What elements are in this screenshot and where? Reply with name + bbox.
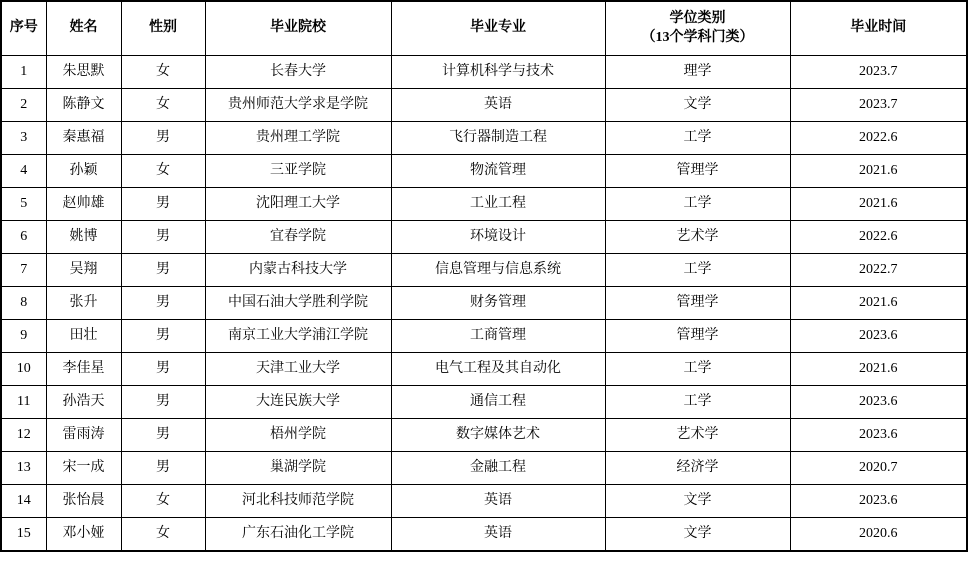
table-cell: 2023.7: [790, 89, 967, 122]
table-cell: 3: [1, 122, 46, 155]
table-cell: 女: [121, 89, 205, 122]
table-cell: 英语: [391, 89, 605, 122]
table-cell: 11: [1, 386, 46, 419]
table-cell: 大连民族大学: [205, 386, 391, 419]
table-cell: 2023.6: [790, 485, 967, 518]
table-cell: 2023.7: [790, 56, 967, 89]
table-cell: 工学: [605, 122, 790, 155]
table-cell: 姚博: [46, 221, 121, 254]
table-cell: 财务管理: [391, 287, 605, 320]
table-cell: 秦惠福: [46, 122, 121, 155]
table-cell: 2021.6: [790, 188, 967, 221]
table-cell: 2023.6: [790, 386, 967, 419]
table-cell: 孙颖: [46, 155, 121, 188]
table-row: 1朱思默女长春大学计算机科学与技术理学2023.7: [1, 56, 967, 89]
table-cell: 文学: [605, 89, 790, 122]
table-cell: 12: [1, 419, 46, 452]
table-cell: 吴翔: [46, 254, 121, 287]
table-row: 4孙颖女三亚学院物流管理管理学2021.6: [1, 155, 967, 188]
column-header: 毕业专业: [391, 1, 605, 56]
table-cell: 贵州理工学院: [205, 122, 391, 155]
table-cell: 信息管理与信息系统: [391, 254, 605, 287]
table-cell: 广东石油化工学院: [205, 518, 391, 552]
table-cell: 10: [1, 353, 46, 386]
table-cell: 朱思默: [46, 56, 121, 89]
table-cell: 15: [1, 518, 46, 552]
table-row: 15邓小娅女广东石油化工学院英语文学2020.6: [1, 518, 967, 552]
table-cell: 2: [1, 89, 46, 122]
table-cell: 4: [1, 155, 46, 188]
table-cell: 邓小娅: [46, 518, 121, 552]
table-cell: 数字媒体艺术: [391, 419, 605, 452]
table-row: 5赵帅雄男沈阳理工大学工业工程工学2021.6: [1, 188, 967, 221]
table-cell: 7: [1, 254, 46, 287]
table-cell: 男: [121, 320, 205, 353]
table-cell: 文学: [605, 518, 790, 552]
table-cell: 贵州师范大学求是学院: [205, 89, 391, 122]
table-cell: 13: [1, 452, 46, 485]
graduates-table: 序号姓名性别毕业院校毕业专业学位类别 （13个学科门类）毕业时间 1朱思默女长春…: [0, 0, 968, 552]
table-cell: 工学: [605, 188, 790, 221]
table-cell: 男: [121, 188, 205, 221]
table-cell: 天津工业大学: [205, 353, 391, 386]
table-cell: 男: [121, 386, 205, 419]
table-cell: 理学: [605, 56, 790, 89]
table-row: 13宋一成男巢湖学院金融工程经济学2020.7: [1, 452, 967, 485]
table-cell: 女: [121, 56, 205, 89]
table-cell: 2022.6: [790, 122, 967, 155]
table-row: 11孙浩天男大连民族大学通信工程工学2023.6: [1, 386, 967, 419]
column-header: 序号: [1, 1, 46, 56]
table-cell: 2023.6: [790, 419, 967, 452]
table-row: 3秦惠福男贵州理工学院飞行器制造工程工学2022.6: [1, 122, 967, 155]
table-cell: 6: [1, 221, 46, 254]
graduates-table-page: 序号姓名性别毕业院校毕业专业学位类别 （13个学科门类）毕业时间 1朱思默女长春…: [0, 0, 968, 569]
table-cell: 2021.6: [790, 287, 967, 320]
table-row: 6姚博男宜春学院环境设计艺术学2022.6: [1, 221, 967, 254]
table-cell: 张升: [46, 287, 121, 320]
header-row: 序号姓名性别毕业院校毕业专业学位类别 （13个学科门类）毕业时间: [1, 1, 967, 56]
table-cell: 2022.7: [790, 254, 967, 287]
table-row: 2陈静文女贵州师范大学求是学院英语文学2023.7: [1, 89, 967, 122]
table-cell: 赵帅雄: [46, 188, 121, 221]
table-cell: 英语: [391, 518, 605, 552]
table-cell: 9: [1, 320, 46, 353]
table-cell: 男: [121, 122, 205, 155]
table-cell: 环境设计: [391, 221, 605, 254]
table-cell: 女: [121, 155, 205, 188]
table-cell: 女: [121, 485, 205, 518]
table-row: 8张升男中国石油大学胜利学院财务管理管理学2021.6: [1, 287, 967, 320]
table-cell: 女: [121, 518, 205, 552]
table-cell: 张怡晨: [46, 485, 121, 518]
table-cell: 田壮: [46, 320, 121, 353]
table-cell: 艺术学: [605, 419, 790, 452]
table-cell: 三亚学院: [205, 155, 391, 188]
table-cell: 英语: [391, 485, 605, 518]
table-cell: 工学: [605, 254, 790, 287]
table-cell: 宋一成: [46, 452, 121, 485]
column-header: 学位类别 （13个学科门类）: [605, 1, 790, 56]
table-cell: 河北科技师范学院: [205, 485, 391, 518]
table-cell: 宜春学院: [205, 221, 391, 254]
table-body: 1朱思默女长春大学计算机科学与技术理学2023.72陈静文女贵州师范大学求是学院…: [1, 56, 967, 552]
table-cell: 南京工业大学浦江学院: [205, 320, 391, 353]
table-cell: 工商管理: [391, 320, 605, 353]
table-cell: 工学: [605, 353, 790, 386]
table-cell: 男: [121, 419, 205, 452]
table-cell: 巢湖学院: [205, 452, 391, 485]
table-cell: 8: [1, 287, 46, 320]
table-cell: 管理学: [605, 320, 790, 353]
table-cell: 文学: [605, 485, 790, 518]
column-header: 毕业院校: [205, 1, 391, 56]
table-row: 10李佳星男天津工业大学电气工程及其自动化工学2021.6: [1, 353, 967, 386]
table-cell: 电气工程及其自动化: [391, 353, 605, 386]
table-cell: 计算机科学与技术: [391, 56, 605, 89]
table-row: 7吴翔男内蒙古科技大学信息管理与信息系统工学2022.7: [1, 254, 967, 287]
table-cell: 2021.6: [790, 155, 967, 188]
table-cell: 男: [121, 287, 205, 320]
table-cell: 孙浩天: [46, 386, 121, 419]
table-cell: 梧州学院: [205, 419, 391, 452]
table-cell: 物流管理: [391, 155, 605, 188]
column-header: 姓名: [46, 1, 121, 56]
table-cell: 2020.7: [790, 452, 967, 485]
table-cell: 管理学: [605, 155, 790, 188]
table-cell: 2022.6: [790, 221, 967, 254]
table-cell: 内蒙古科技大学: [205, 254, 391, 287]
table-cell: 5: [1, 188, 46, 221]
table-cell: 工学: [605, 386, 790, 419]
table-cell: 工业工程: [391, 188, 605, 221]
table-cell: 陈静文: [46, 89, 121, 122]
table-cell: 长春大学: [205, 56, 391, 89]
table-cell: 2020.6: [790, 518, 967, 552]
table-cell: 艺术学: [605, 221, 790, 254]
table-cell: 金融工程: [391, 452, 605, 485]
table-cell: 管理学: [605, 287, 790, 320]
table-row: 12雷雨涛男梧州学院数字媒体艺术艺术学2023.6: [1, 419, 967, 452]
table-cell: 李佳星: [46, 353, 121, 386]
table-cell: 中国石油大学胜利学院: [205, 287, 391, 320]
table-cell: 沈阳理工大学: [205, 188, 391, 221]
table-cell: 男: [121, 254, 205, 287]
table-header: 序号姓名性别毕业院校毕业专业学位类别 （13个学科门类）毕业时间: [1, 1, 967, 56]
column-header: 毕业时间: [790, 1, 967, 56]
table-cell: 男: [121, 452, 205, 485]
table-cell: 2023.6: [790, 320, 967, 353]
table-cell: 通信工程: [391, 386, 605, 419]
table-cell: 2021.6: [790, 353, 967, 386]
table-cell: 飞行器制造工程: [391, 122, 605, 155]
table-row: 9田壮男南京工业大学浦江学院工商管理管理学2023.6: [1, 320, 967, 353]
table-row: 14张怡晨女河北科技师范学院英语文学2023.6: [1, 485, 967, 518]
column-header: 性别: [121, 1, 205, 56]
table-cell: 雷雨涛: [46, 419, 121, 452]
table-cell: 男: [121, 221, 205, 254]
table-cell: 14: [1, 485, 46, 518]
table-cell: 男: [121, 353, 205, 386]
table-cell: 经济学: [605, 452, 790, 485]
table-cell: 1: [1, 56, 46, 89]
